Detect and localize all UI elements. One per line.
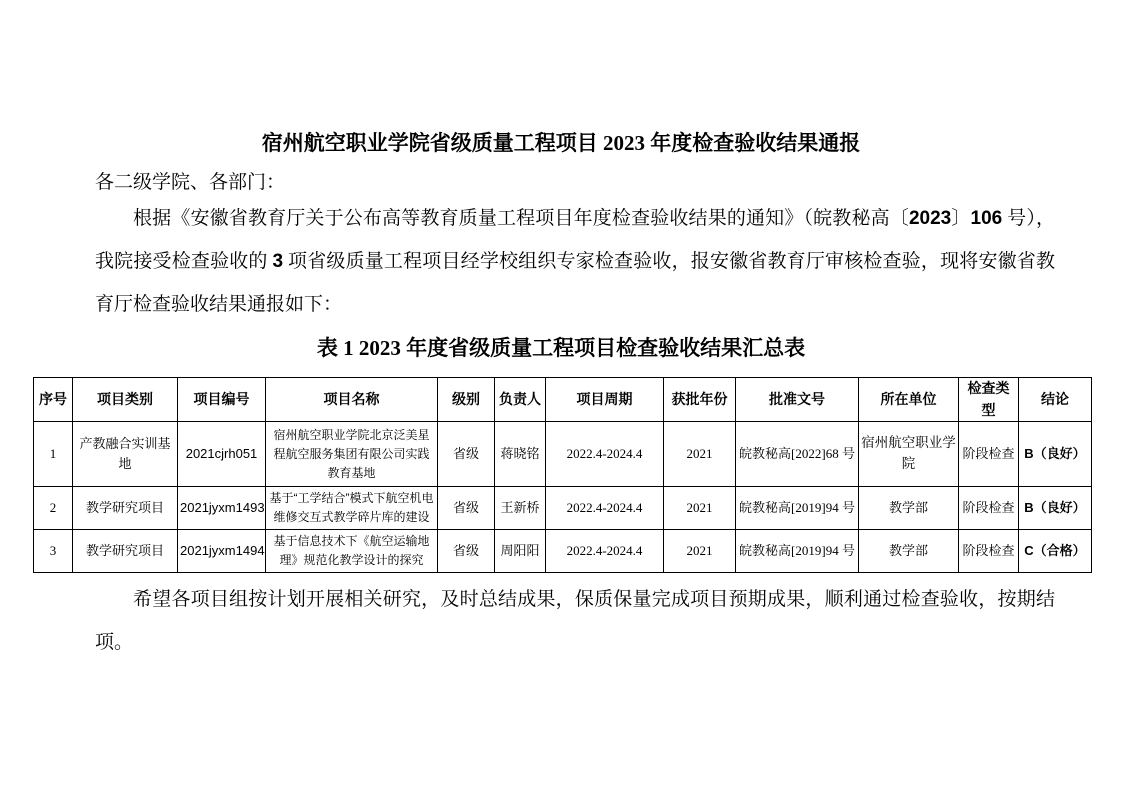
cell-check-type: 阶段检查 (959, 530, 1019, 573)
closing-paragraph: 希望各项目组按计划开展相关研究，及时总结成果，保质保量完成项目预期成果，顺利通过… (95, 578, 1055, 664)
cell-code: 2021jyxm1493 (178, 487, 266, 530)
cell-approval-doc: 皖教秘高[2022]68 号 (736, 422, 859, 487)
cell-code: 2021jyxm1494 (178, 530, 266, 573)
cell-check-type: 阶段检查 (959, 422, 1019, 487)
cell-index: 3 (34, 530, 73, 573)
cell-approval-year: 2021 (664, 530, 736, 573)
table-title: 表 1 2023 年度省级质量工程项目检查验收结果汇总表 (0, 335, 1122, 362)
cell-unit: 教学部 (859, 487, 959, 530)
document-title: 宿州航空职业学院省级质量工程项目 2023 年度检查验收结果通报 (0, 0, 1122, 157)
col-header-name: 项目名称 (266, 378, 438, 422)
cell-conclusion: C（合格） (1019, 530, 1092, 573)
cell-period: 2022.4-2024.4 (546, 530, 664, 573)
table-row: 1 产教融合实训基地 2021cjrh051 宿州航空职业学院北京泛美星程航空服… (34, 422, 1092, 487)
col-header-approval-year: 获批年份 (664, 378, 736, 422)
body-paragraph-1: 根据《安徽省教育厅关于公布高等教育质量工程项目年度检查验收结果的通知》（皖教秘高… (95, 197, 1055, 326)
cell-name: 基于“工学结合”模式下航空机电维修交互式教学碎片库的建设 (266, 487, 438, 530)
cell-level: 省级 (438, 422, 495, 487)
col-header-period: 项目周期 (546, 378, 664, 422)
table-row: 3 教学研究项目 2021jyxm1494 基于信息技术下《航空运输地理》规范化… (34, 530, 1092, 573)
cell-check-type: 阶段检查 (959, 487, 1019, 530)
col-header-level: 级别 (438, 378, 495, 422)
paragraph-1-text: 根据《安徽省教育厅关于公布高等教育质量工程项目年度检查验收结果的通知》（皖教秘高… (133, 208, 909, 229)
col-header-check-type: 检查类型 (959, 378, 1019, 422)
paragraph-1-bracket: 〕 (951, 208, 970, 229)
cell-index: 1 (34, 422, 73, 487)
salutation: 各二级学院、各部门： (95, 171, 1055, 195)
cell-conclusion: B（良好） (1019, 487, 1092, 530)
cell-unit: 宿州航空职业学院 (859, 422, 959, 487)
cell-approval-year: 2021 (664, 487, 736, 530)
table-row: 2 教学研究项目 2021jyxm1493 基于“工学结合”模式下航空机电维修交… (34, 487, 1092, 530)
cell-unit: 教学部 (859, 530, 959, 573)
cell-leader: 蒋晓铭 (495, 422, 546, 487)
col-header-category: 项目类别 (73, 378, 178, 422)
paragraph-1-doc-number: 106 (971, 208, 1003, 229)
cell-name: 基于信息技术下《航空运输地理》规范化教学设计的探究 (266, 530, 438, 573)
cell-level: 省级 (438, 530, 495, 573)
cell-approval-year: 2021 (664, 422, 736, 487)
cell-name: 宿州航空职业学院北京泛美星程航空服务集团有限公司实践教育基地 (266, 422, 438, 487)
cell-category: 教学研究项目 (73, 487, 178, 530)
paragraph-1-year: 2023 (909, 208, 951, 229)
cell-conclusion: B（良好） (1019, 422, 1092, 487)
col-header-code: 项目编号 (178, 378, 266, 422)
cell-index: 2 (34, 487, 73, 530)
table-header-row: 序号 项目类别 项目编号 项目名称 级别 负责人 项目周期 获批年份 批准文号 … (34, 378, 1092, 422)
cell-category: 产教融合实训基地 (73, 422, 178, 487)
col-header-leader: 负责人 (495, 378, 546, 422)
col-header-approval-doc: 批准文号 (736, 378, 859, 422)
cell-leader: 周阳阳 (495, 530, 546, 573)
col-header-index: 序号 (34, 378, 73, 422)
cell-period: 2022.4-2024.4 (546, 487, 664, 530)
paragraph-1-project-count: 3 (273, 251, 284, 272)
results-table: 序号 项目类别 项目编号 项目名称 级别 负责人 项目周期 获批年份 批准文号 … (33, 377, 1092, 573)
col-header-conclusion: 结论 (1019, 378, 1092, 422)
cell-leader: 王新桥 (495, 487, 546, 530)
cell-code: 2021cjrh051 (178, 422, 266, 487)
cell-approval-doc: 皖教秘高[2019]94 号 (736, 530, 859, 573)
col-header-unit: 所在单位 (859, 378, 959, 422)
cell-approval-doc: 皖教秘高[2019]94 号 (736, 487, 859, 530)
cell-category: 教学研究项目 (73, 530, 178, 573)
cell-level: 省级 (438, 487, 495, 530)
document-page: 宿州航空职业学院省级质量工程项目 2023 年度检查验收结果通报 各二级学院、各… (0, 0, 1122, 793)
cell-period: 2022.4-2024.4 (546, 422, 664, 487)
